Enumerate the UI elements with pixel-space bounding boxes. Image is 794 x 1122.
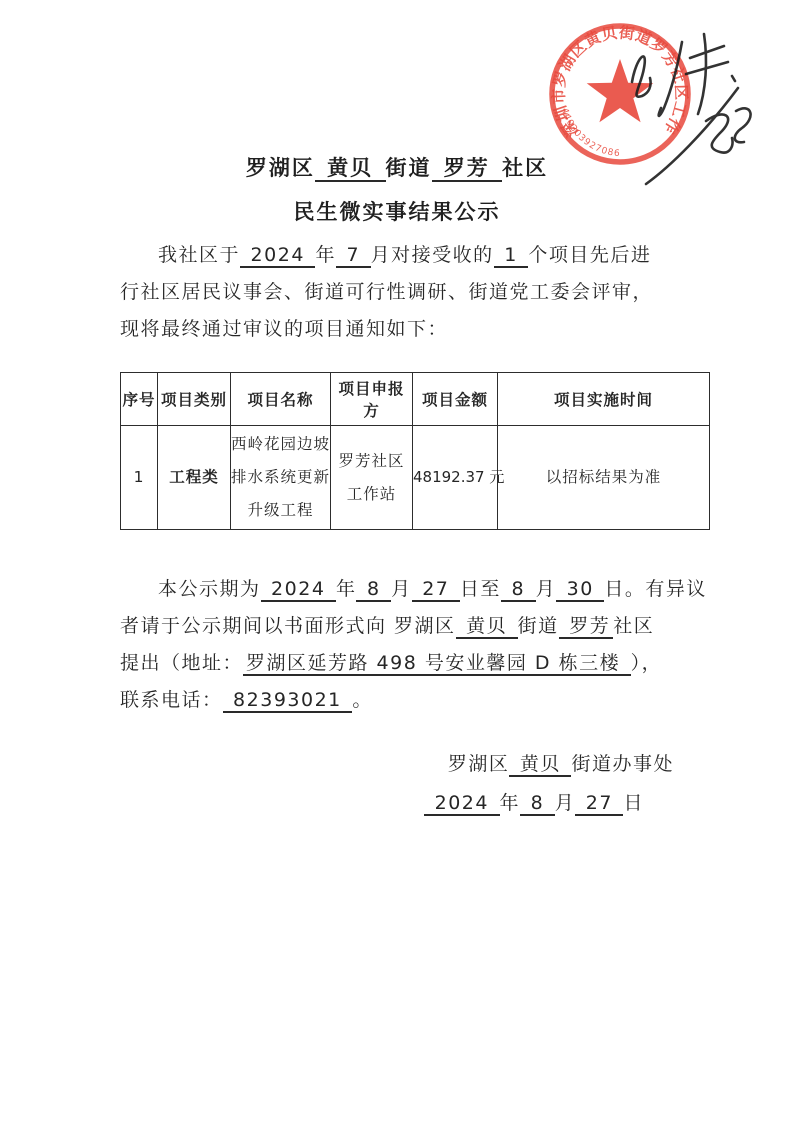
signoff-text: 罗湖区 xyxy=(448,753,510,775)
signoff-text: 月 xyxy=(555,792,576,814)
body-text: 联系电话： xyxy=(120,689,223,711)
body-text: 提出（地址： xyxy=(120,652,243,674)
intro-paragraph: 我社区于 2024 年 7 月对接受收的 1 个项目先后进 行社区居民议事会、街… xyxy=(120,237,686,348)
cell-project-name: 西岭花园边坡排水系统更新升级工程 xyxy=(231,426,331,530)
signoff-text: 街道办事处 xyxy=(571,753,674,775)
issuing-office-line: 罗湖区 黄贝 街道办事处 xyxy=(448,749,674,776)
notice-line3: 提出（地址：罗湖区延芳路 498 号安业馨园 D 栋三楼 ）， xyxy=(120,645,686,682)
notice-line1: 本公示期为 2024 年 8 月 27 日至 8 月 30 日。有异议 xyxy=(120,571,686,608)
header-project-amount: 项目金额 xyxy=(413,373,498,426)
blank-start-day: 27 xyxy=(412,578,460,602)
body-text: 月 xyxy=(391,578,412,600)
intro-line3: 现将最终通过审议的项目通知如下： xyxy=(120,311,686,348)
intro-line2: 行社区居民议事会、街道可行性调研、街道党工委会评审， xyxy=(120,274,686,311)
body-text: 日。有异议 xyxy=(604,578,707,600)
notice-line4: 联系电话： 82393021 。 xyxy=(120,682,686,719)
cell-implementation-time: 以招标结果为准 xyxy=(498,426,710,530)
header-project-name: 项目名称 xyxy=(231,373,331,426)
body-text: 街道 xyxy=(518,615,559,637)
body-text: 月对接受收的 xyxy=(371,244,494,266)
title-blank-community: 罗芳 xyxy=(432,156,503,182)
blank-project-count: 1 xyxy=(494,244,529,268)
cell-project-applicant: 罗芳社区工作站 xyxy=(331,426,413,530)
document-title-line1: 罗湖区 黄贝 街道 罗芳 社区 xyxy=(0,152,794,182)
issue-date-line: 2024 年 8 月 27 日 xyxy=(424,788,644,815)
blank-day: 27 xyxy=(575,792,623,816)
notice-period-paragraph: 本公示期为 2024 年 8 月 27 日至 8 月 30 日。有异议 者请于公… xyxy=(120,571,686,719)
table-row: 1 工程类 西岭花园边坡排水系统更新升级工程 罗芳社区工作站 48192.37 … xyxy=(121,426,710,530)
title-blank-street: 黄贝 xyxy=(315,156,386,182)
projects-table: 序号 项目类别 项目名称 项目申报方 项目金额 项目实施时间 1 工程类 西岭花… xyxy=(120,372,710,530)
blank-end-month: 8 xyxy=(501,578,536,602)
signoff-text: 日 xyxy=(623,792,644,814)
title-text: 社区 xyxy=(502,156,548,180)
body-text: ）， xyxy=(631,652,663,674)
body-text: 者请于公示期间以书面形式向 罗湖区 xyxy=(120,615,456,637)
body-text: 年 xyxy=(315,244,336,266)
blank-community: 罗芳 xyxy=(559,615,614,639)
body-text: 社区 xyxy=(613,615,654,637)
blank-year: 2024 xyxy=(240,244,315,268)
blank-end-day: 30 xyxy=(556,578,604,602)
signoff-text: 年 xyxy=(500,792,521,814)
blank-address: 罗湖区延芳路 498 号安业馨园 D 栋三楼 xyxy=(243,652,631,676)
table-header-row: 序号 项目类别 项目名称 项目申报方 项目金额 项目实施时间 xyxy=(121,373,710,426)
cell-project-amount: 48192.37 元 xyxy=(413,426,498,530)
header-project-category: 项目类别 xyxy=(158,373,231,426)
projects-table-wrapper: 序号 项目类别 项目名称 项目申报方 项目金额 项目实施时间 1 工程类 西岭花… xyxy=(120,372,710,530)
cell-project-category: 工程类 xyxy=(158,426,231,530)
body-text: 我社区于 xyxy=(158,244,240,266)
blank-year: 2024 xyxy=(261,578,336,602)
body-text: 个项目先后进 xyxy=(528,244,651,266)
blank-street: 黄贝 xyxy=(456,615,518,639)
body-text: 年 xyxy=(336,578,357,600)
body-text: 日至 xyxy=(460,578,501,600)
title-text: 街道 xyxy=(386,156,432,180)
header-serial-number: 序号 xyxy=(121,373,158,426)
body-text: 本公示期为 xyxy=(158,578,261,600)
blank-street: 黄贝 xyxy=(509,753,571,777)
blank-phone-number: 82393021 xyxy=(223,689,353,713)
intro-line1: 我社区于 2024 年 7 月对接受收的 1 个项目先后进 xyxy=(120,237,686,274)
document-title-line2: 民生微实事结果公示 xyxy=(0,196,794,226)
blank-year: 2024 xyxy=(424,792,499,816)
blank-month: 8 xyxy=(520,792,555,816)
cell-serial-number: 1 xyxy=(121,426,158,530)
header-project-applicant: 项目申报方 xyxy=(331,373,413,426)
header-implementation-time: 项目实施时间 xyxy=(498,373,710,426)
blank-start-month: 8 xyxy=(356,578,391,602)
notice-line2: 者请于公示期间以书面形式向 罗湖区 黄贝 街道 罗芳社区 xyxy=(120,608,686,645)
body-text: 。 xyxy=(352,689,373,711)
blank-month: 7 xyxy=(336,244,371,268)
title-text: 罗湖区 xyxy=(246,156,315,180)
body-text: 月 xyxy=(536,578,557,600)
